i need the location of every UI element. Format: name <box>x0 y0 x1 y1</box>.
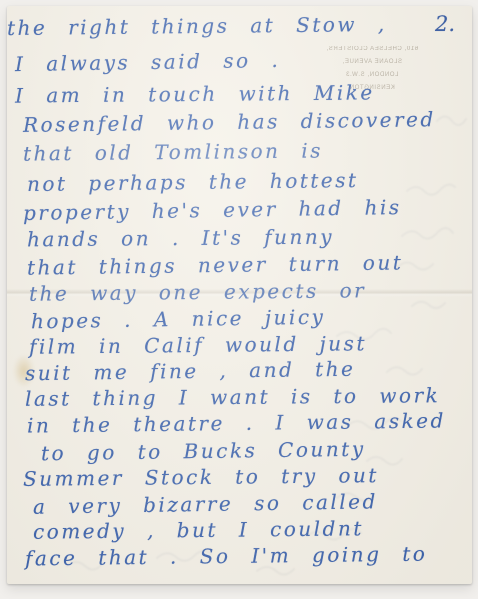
handwriting-line: hopes . A nice juicy <box>31 305 326 334</box>
handwriting-line: suit me fine , and the <box>25 357 356 386</box>
letter-paper: 610, Chelsea Cloisters, Sloane Avenue, L… <box>7 6 472 584</box>
handwriting-line: that old Tomlinson is <box>23 138 323 165</box>
letterhead-line: Sloane Avenue, <box>305 56 439 69</box>
handwriting-line: Rosenfeld who has discovered <box>23 107 436 137</box>
handwriting-line: to go to Bucks County <box>41 437 366 466</box>
letterhead-line: 610, Chelsea Cloisters, <box>305 43 439 56</box>
handwriting-line: hands on . It's funny <box>27 225 334 252</box>
handwriting-line: the way one expects or <box>29 278 366 306</box>
handwriting-line: that things never turn out <box>27 250 404 279</box>
handwriting-line: face that . So I'm going to <box>25 542 428 571</box>
handwriting-line: a very bizarre so called <box>33 489 378 518</box>
handwriting-line: comedy , but I couldnt <box>33 516 364 543</box>
handwriting-line: the right things at Stow , <box>7 12 387 40</box>
photo-background: 610, Chelsea Cloisters, Sloane Avenue, L… <box>0 0 478 599</box>
page-number: 2. <box>435 12 455 36</box>
handwriting-line: last thing I want is to work <box>25 383 440 411</box>
handwriting-line: not perhaps the hottest <box>27 168 359 196</box>
handwriting-line: Summer Stock to try out <box>23 463 379 491</box>
handwriting-line: I always said so . <box>15 48 281 76</box>
handwriting-line: in the theatre . I was asked <box>27 408 446 437</box>
handwriting-line: film in Calif would just <box>29 331 367 359</box>
handwriting-line: I am in touch with Mike <box>15 80 375 107</box>
handwriting-line: property he's ever had his <box>23 195 402 225</box>
